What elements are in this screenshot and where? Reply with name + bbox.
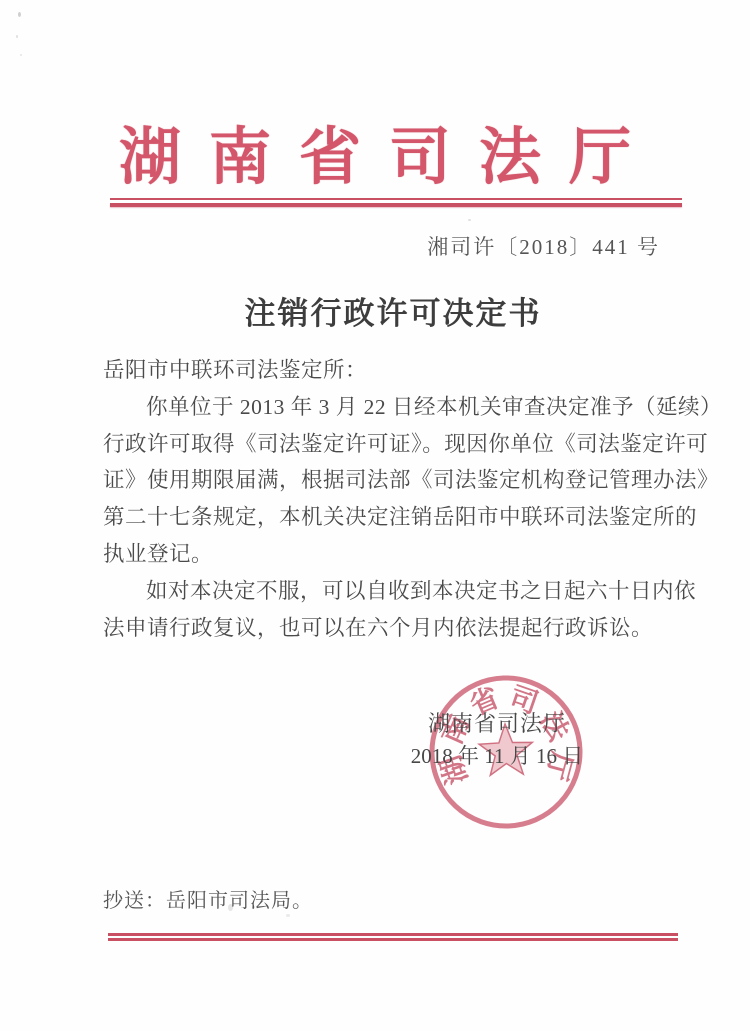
scan-artifact xyxy=(286,914,290,917)
body-line: 你单位于 2013 年 3 月 22 日经本机关审查决定准予（延续） xyxy=(103,389,659,426)
document-number: 湘司许〔2018〕441 号 xyxy=(427,231,660,261)
body-line: 行政许可取得《司法鉴定许可证》。现因你单位《司法鉴定许可 xyxy=(103,426,659,463)
body-line: 证》使用期限届满，根据司法部《司法鉴定机构登记管理办法》 xyxy=(103,462,659,499)
scan-artifact xyxy=(468,219,471,221)
body-line: 如对本决定不服，可以自收到本决定书之日起六十日内依 xyxy=(103,573,659,610)
body-line: 执业登记。 xyxy=(103,536,659,573)
document-page: 湖南省司法厅 湘司许〔2018〕441 号 注销行政许可决定书 岳阳市中联环司法… xyxy=(0,0,750,1031)
body-text: 岳阳市中联环司法鉴定所： 你单位于 2013 年 3 月 22 日经本机关审查决… xyxy=(103,352,659,646)
footer-divider xyxy=(108,933,678,941)
scan-artifact xyxy=(20,54,22,56)
body-line: 第二十七条规定，本机关决定注销岳阳市中联环司法鉴定所的 xyxy=(103,499,659,536)
cc-line: 抄送：岳阳市司法局。 xyxy=(103,884,313,913)
body-line: 法申请行政复议，也可以在六个月内依法提起行政诉讼。 xyxy=(103,610,659,647)
scan-artifact xyxy=(18,12,21,17)
signature-block: 湖南省司法厅 2018 年 11 月 16 日 xyxy=(377,708,617,773)
salutation: 岳阳市中联环司法鉴定所： xyxy=(103,352,659,389)
signature-agency: 湖南省司法厅 xyxy=(377,708,617,740)
document-title: 注销行政许可决定书 xyxy=(18,288,750,333)
letterhead-divider xyxy=(110,198,682,207)
scan-artifact xyxy=(16,35,18,38)
letterhead-agency-name: 湖南省司法厅 xyxy=(0,122,750,194)
signature-date: 2018 年 11 月 16 日 xyxy=(377,740,617,773)
